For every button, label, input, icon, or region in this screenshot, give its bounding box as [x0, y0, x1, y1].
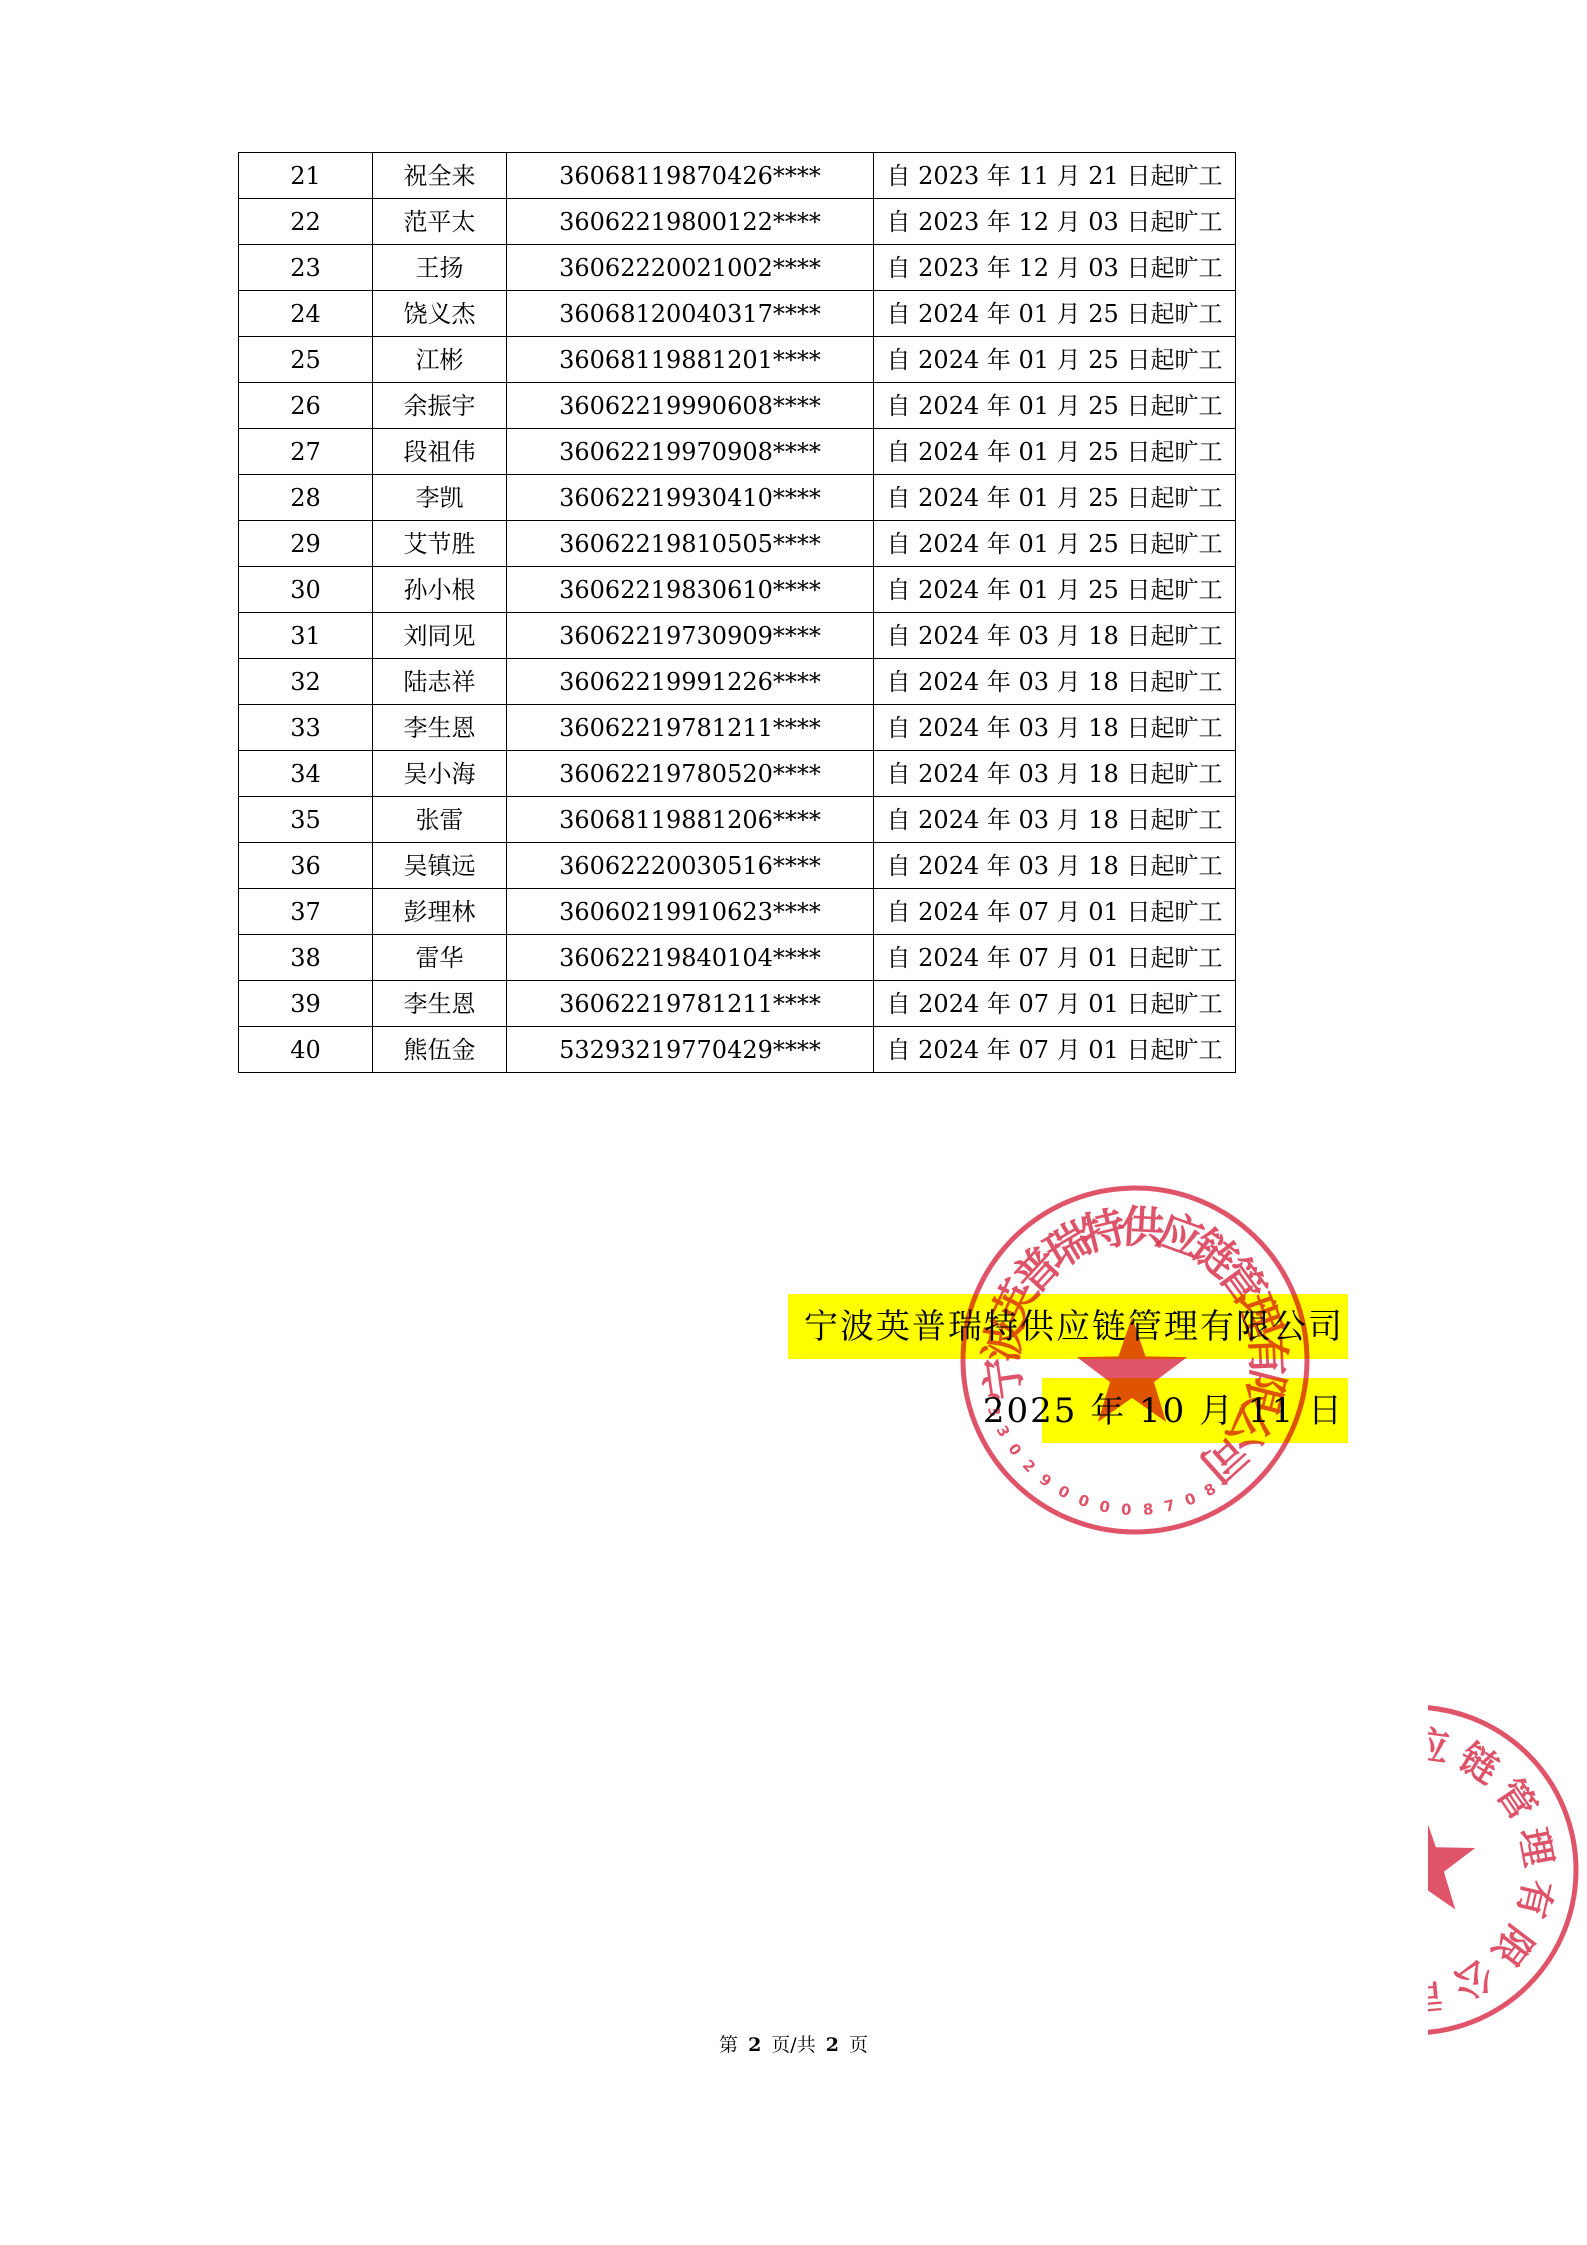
- table-row: 29艾节胜36062219810505****自 2024 年 01 月 25 …: [239, 521, 1236, 567]
- employee-name-cell: 李生恩: [373, 981, 507, 1027]
- table-row: 38雷华36062219840104****自 2024 年 07 月 01 日…: [239, 935, 1236, 981]
- table-row: 24饶义杰36068120040317****自 2024 年 01 月 25 …: [239, 291, 1236, 337]
- svg-text:0: 0: [1076, 1491, 1092, 1511]
- current-page-number: 2: [748, 2034, 761, 2056]
- svg-text:8: 8: [1142, 1500, 1154, 1519]
- row-number-cell: 31: [239, 613, 373, 659]
- absence-note-cell: 自 2023 年 12 月 03 日起旷工: [874, 245, 1236, 291]
- employee-name-cell: 艾节胜: [373, 521, 507, 567]
- page-number-footer: 第2页/共2页: [0, 2030, 1587, 2057]
- edge-seal-partial: 特供应链管理有限公司: [1428, 1700, 1587, 2040]
- employee-name-cell: 李生恩: [373, 705, 507, 751]
- table-row: 31刘同见36062219730909****自 2024 年 03 月 18 …: [239, 613, 1236, 659]
- table-row: 37彭理林36060219910623****自 2024 年 07 月 01 …: [239, 889, 1236, 935]
- id-number-cell: 36068120040317****: [507, 291, 874, 337]
- table-row: 26余振宇36062219990608****自 2024 年 01 月 25 …: [239, 383, 1236, 429]
- svg-text:瑞: 瑞: [1036, 1213, 1100, 1279]
- svg-text:0: 0: [1004, 1440, 1025, 1459]
- row-number-cell: 34: [239, 751, 373, 797]
- footer-middle: 页/共: [771, 2034, 815, 2056]
- row-number-cell: 21: [239, 153, 373, 199]
- employee-name-cell: 饶义杰: [373, 291, 507, 337]
- absence-note-cell: 自 2024 年 01 月 25 日起旷工: [874, 429, 1236, 475]
- employee-name-cell: 王扬: [373, 245, 507, 291]
- absence-note-cell: 自 2024 年 07 月 01 日起旷工: [874, 889, 1236, 935]
- row-number-cell: 27: [239, 429, 373, 475]
- absence-note-cell: 自 2024 年 03 月 18 日起旷工: [874, 705, 1236, 751]
- svg-text:9: 9: [1036, 1470, 1055, 1491]
- table-row: 27段祖伟36062219970908****自 2024 年 01 月 25 …: [239, 429, 1236, 475]
- row-number-cell: 30: [239, 567, 373, 613]
- id-number-cell: 53293219770429****: [507, 1027, 874, 1073]
- table-row: 34吴小海36062219780520****自 2024 年 03 月 18 …: [239, 751, 1236, 797]
- row-number-cell: 26: [239, 383, 373, 429]
- employee-name-cell: 雷华: [373, 935, 507, 981]
- row-number-cell: 35: [239, 797, 373, 843]
- absence-note-cell: 自 2023 年 11 月 21 日起旷工: [874, 153, 1236, 199]
- svg-text:特: 特: [1076, 1202, 1131, 1262]
- total-pages-number: 2: [826, 2034, 839, 2056]
- id-number-cell: 36062219780520****: [507, 751, 874, 797]
- star-icon: [1428, 1810, 1475, 1910]
- row-number-cell: 22: [239, 199, 373, 245]
- absence-note-cell: 自 2024 年 07 月 01 日起旷工: [874, 981, 1236, 1027]
- absence-note-cell: 自 2024 年 01 月 25 日起旷工: [874, 567, 1236, 613]
- employee-name-cell: 江彬: [373, 337, 507, 383]
- absence-note-cell: 自 2024 年 07 月 01 日起旷工: [874, 1027, 1236, 1073]
- id-number-cell: 36062219930410****: [507, 475, 874, 521]
- svg-text:0: 0: [1182, 1489, 1198, 1510]
- absence-note-cell: 自 2024 年 03 月 18 日起旷工: [874, 659, 1236, 705]
- row-number-cell: 23: [239, 245, 373, 291]
- company-name-text: 宁波英普瑞特供应链管理有限公司: [804, 1310, 1344, 1344]
- table-row: 22范平太36062219800122****自 2023 年 12 月 03 …: [239, 199, 1236, 245]
- row-number-cell: 39: [239, 981, 373, 1027]
- employee-name-cell: 范平太: [373, 199, 507, 245]
- svg-text:司: 司: [1428, 1971, 1445, 2018]
- employee-name-cell: 陆志祥: [373, 659, 507, 705]
- table-row: 32陆志祥36062219991226****自 2024 年 03 月 18 …: [239, 659, 1236, 705]
- id-number-cell: 36062219991226****: [507, 659, 874, 705]
- footer-suffix: 页: [849, 2034, 868, 2056]
- id-number-cell: 36062219730909****: [507, 613, 874, 659]
- table-row: 30孙小根36062219830610****自 2024 年 01 月 25 …: [239, 567, 1236, 613]
- row-number-cell: 25: [239, 337, 373, 383]
- employee-name-cell: 吴镇远: [373, 843, 507, 889]
- employee-name-cell: 祝全来: [373, 153, 507, 199]
- id-number-cell: 36060219910623****: [507, 889, 874, 935]
- row-number-cell: 36: [239, 843, 373, 889]
- svg-text:0: 0: [1098, 1497, 1112, 1517]
- svg-text:2: 2: [1019, 1456, 1039, 1476]
- absence-note-cell: 自 2024 年 03 月 18 日起旷工: [874, 843, 1236, 889]
- employee-name-cell: 彭理林: [373, 889, 507, 935]
- absence-note-cell: 自 2024 年 07 月 01 日起旷工: [874, 935, 1236, 981]
- svg-text:应: 应: [1428, 1722, 1452, 1771]
- svg-text:限: 限: [1483, 1917, 1541, 1974]
- employee-absence-table: 21祝全来36068119870426****自 2023 年 11 月 21 …: [238, 152, 1236, 1073]
- employee-name-cell: 孙小根: [373, 567, 507, 613]
- absence-note-cell: 自 2023 年 12 月 03 日起旷工: [874, 199, 1236, 245]
- row-number-cell: 28: [239, 475, 373, 521]
- table-row: 23王扬36062220021002****自 2023 年 12 月 03 日…: [239, 245, 1236, 291]
- svg-text:链: 链: [1451, 1735, 1506, 1792]
- id-number-cell: 36068119881201****: [507, 337, 874, 383]
- footer-prefix: 第: [719, 2034, 738, 2056]
- svg-text:供: 供: [1119, 1202, 1167, 1255]
- row-number-cell: 38: [239, 935, 373, 981]
- id-number-cell: 36062219970908****: [507, 429, 874, 475]
- edge-seal-stamp-icon: 特供应链管理有限公司: [1428, 1700, 1583, 2040]
- signature-date-text: 2025 年 10 月 11 日: [983, 1394, 1344, 1428]
- employee-name-cell: 李凯: [373, 475, 507, 521]
- svg-text:管: 管: [1487, 1771, 1545, 1827]
- id-number-cell: 36062219990608****: [507, 383, 874, 429]
- svg-text:链: 链: [1181, 1221, 1247, 1288]
- absence-note-cell: 自 2024 年 01 月 25 日起旷工: [874, 291, 1236, 337]
- absence-note-cell: 自 2024 年 03 月 18 日起旷工: [874, 751, 1236, 797]
- absence-note-cell: 自 2024 年 01 月 25 日起旷工: [874, 383, 1236, 429]
- id-number-cell: 36068119870426****: [507, 153, 874, 199]
- id-number-cell: 36062219810505****: [507, 521, 874, 567]
- employee-name-cell: 熊伍金: [373, 1027, 507, 1073]
- employee-name-cell: 张雷: [373, 797, 507, 843]
- table-row: 28李凯36062219930410****自 2024 年 01 月 25 日…: [239, 475, 1236, 521]
- absence-note-cell: 自 2024 年 01 月 25 日起旷工: [874, 475, 1236, 521]
- row-number-cell: 40: [239, 1027, 373, 1073]
- signature-date: 2025 年 10 月 11 日: [1042, 1378, 1348, 1443]
- row-number-cell: 37: [239, 889, 373, 935]
- svg-text:公: 公: [1446, 1951, 1501, 2008]
- seal-stamp-icon: 宁波英普瑞特供应链管理有限公司3302900008708: [950, 1175, 1320, 1545]
- employee-name-cell: 吴小海: [373, 751, 507, 797]
- row-number-cell: 24: [239, 291, 373, 337]
- svg-text:0: 0: [1121, 1500, 1132, 1519]
- svg-text:理: 理: [1511, 1824, 1561, 1869]
- svg-text:有: 有: [1509, 1875, 1561, 1922]
- absence-note-cell: 自 2024 年 03 月 18 日起旷工: [874, 613, 1236, 659]
- absence-note-cell: 自 2024 年 03 月 18 日起旷工: [874, 797, 1236, 843]
- row-number-cell: 33: [239, 705, 373, 751]
- employee-name-cell: 刘同见: [373, 613, 507, 659]
- id-number-cell: 36068119881206****: [507, 797, 874, 843]
- id-number-cell: 36062219800122****: [507, 199, 874, 245]
- id-number-cell: 36062219830610****: [507, 567, 874, 613]
- signature-company-name: 宁波英普瑞特供应链管理有限公司: [788, 1294, 1348, 1359]
- employee-name-cell: 段祖伟: [373, 429, 507, 475]
- svg-text:7: 7: [1162, 1496, 1176, 1516]
- svg-text:8: 8: [1201, 1479, 1219, 1500]
- company-seal: 宁波英普瑞特供应链管理有限公司3302900008708: [950, 1175, 1320, 1545]
- table-row: 40熊伍金53293219770429****自 2024 年 07 月 01 …: [239, 1027, 1236, 1073]
- svg-text:0: 0: [1055, 1482, 1073, 1503]
- id-number-cell: 36062220021002****: [507, 245, 874, 291]
- id-number-cell: 36062219781211****: [507, 981, 874, 1027]
- row-number-cell: 29: [239, 521, 373, 567]
- employee-name-cell: 余振宇: [373, 383, 507, 429]
- absence-note-cell: 自 2024 年 01 月 25 日起旷工: [874, 337, 1236, 383]
- table-row: 21祝全来36068119870426****自 2023 年 11 月 21 …: [239, 153, 1236, 199]
- table-row: 33李生恩36062219781211****自 2024 年 03 月 18 …: [239, 705, 1236, 751]
- table-row: 39李生恩36062219781211****自 2024 年 07 月 01 …: [239, 981, 1236, 1027]
- id-number-cell: 36062219781211****: [507, 705, 874, 751]
- table-row: 35张雷36068119881206****自 2024 年 03 月 18 日…: [239, 797, 1236, 843]
- id-number-cell: 36062219840104****: [507, 935, 874, 981]
- table-body: 21祝全来36068119870426****自 2023 年 11 月 21 …: [239, 153, 1236, 1073]
- table-row: 25江彬36068119881201****自 2024 年 01 月 25 日…: [239, 337, 1236, 383]
- svg-text:应: 应: [1151, 1204, 1210, 1267]
- absence-note-cell: 自 2024 年 01 月 25 日起旷工: [874, 521, 1236, 567]
- row-number-cell: 32: [239, 659, 373, 705]
- id-number-cell: 36062220030516****: [507, 843, 874, 889]
- table-row: 36吴镇远36062220030516****自 2024 年 03 月 18 …: [239, 843, 1236, 889]
